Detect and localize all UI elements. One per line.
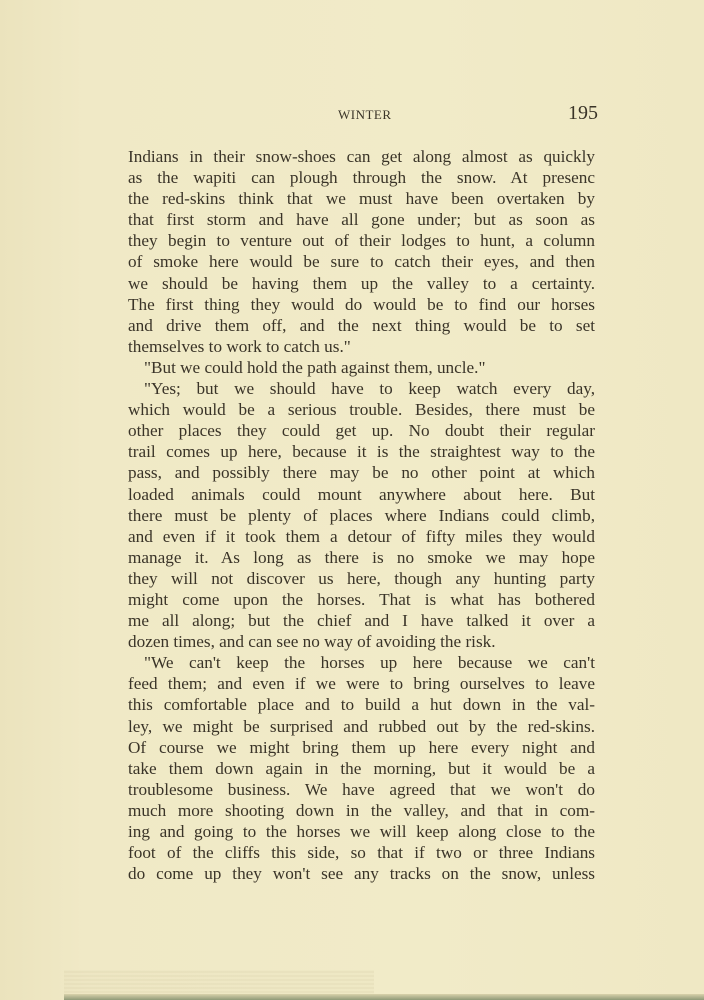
text-line: manage it. As long as there is no smoke …: [128, 547, 595, 568]
text-line: the red-skins think that we must have be…: [128, 188, 595, 209]
page-bottom-edge: [64, 994, 704, 1000]
text-line: that first storm and have all gone under…: [128, 209, 595, 230]
text-line: me all along; but the chief and I have t…: [128, 610, 595, 631]
text-line: "We can't keep the horses up here becaus…: [128, 652, 595, 673]
text-line: foot of the cliffs this side, so that if…: [128, 842, 595, 863]
text-line: "Yes; but we should have to keep watch e…: [128, 378, 595, 399]
text-line: this comfortable place and to build a hu…: [128, 694, 595, 715]
text-line: might come upon the horses. That is what…: [128, 589, 595, 610]
page-number: 195: [568, 102, 598, 125]
text-line: which would be a serious trouble. Beside…: [128, 399, 595, 420]
text-line: Of course we might bring them up here ev…: [128, 737, 595, 758]
text-line: The first thing they would do would be t…: [128, 294, 595, 315]
text-line: of smoke here would be sure to catch the…: [128, 251, 595, 272]
text-line: pass, and possibly there may be no other…: [128, 462, 595, 483]
text-line: "But we could hold the path against them…: [128, 357, 595, 378]
body-text: Indians in their snow-shoes can get alon…: [128, 146, 595, 884]
text-line: do come up they won't see any tracks on …: [128, 863, 595, 884]
text-line: they will not discover us here, though a…: [128, 568, 595, 589]
text-line: we should be having them up the valley t…: [128, 273, 595, 294]
text-line: troublesome business. We have agreed tha…: [128, 779, 595, 800]
text-line: feed them; and even if we were to bring …: [128, 673, 595, 694]
text-line: much more shooting down in the valley, a…: [128, 800, 595, 821]
running-title: WINTER: [338, 107, 392, 123]
text-line: trail comes up here, because it is the s…: [128, 441, 595, 462]
text-line: as the wapiti can plough through the sno…: [128, 167, 595, 188]
text-line: take them down again in the morning, but…: [128, 758, 595, 779]
book-page: WINTER 195 Indians in their snow-shoes c…: [0, 0, 704, 1000]
text-line: themselves to work to catch us.": [128, 336, 595, 357]
text-line: there must be plenty of places where Ind…: [128, 505, 595, 526]
text-line: ley, we might be surprised and rubbed ou…: [128, 716, 595, 737]
text-line: dozen times, and can see no way of avoid…: [128, 631, 595, 652]
text-line: ing and going to the horses we will keep…: [128, 821, 595, 842]
text-line: and even if it took them a detour of fif…: [128, 526, 595, 547]
text-line: loaded animals could mount anywhere abou…: [128, 484, 595, 505]
text-line: Indians in their snow-shoes can get alon…: [128, 146, 595, 167]
text-line: and drive them off, and the next thing w…: [128, 315, 595, 336]
running-head: WINTER 195: [128, 104, 598, 128]
page-edge-shadow: [64, 970, 374, 994]
text-line: they begin to venture out of their lodge…: [128, 230, 595, 251]
text-line: other places they could get up. No doubt…: [128, 420, 595, 441]
